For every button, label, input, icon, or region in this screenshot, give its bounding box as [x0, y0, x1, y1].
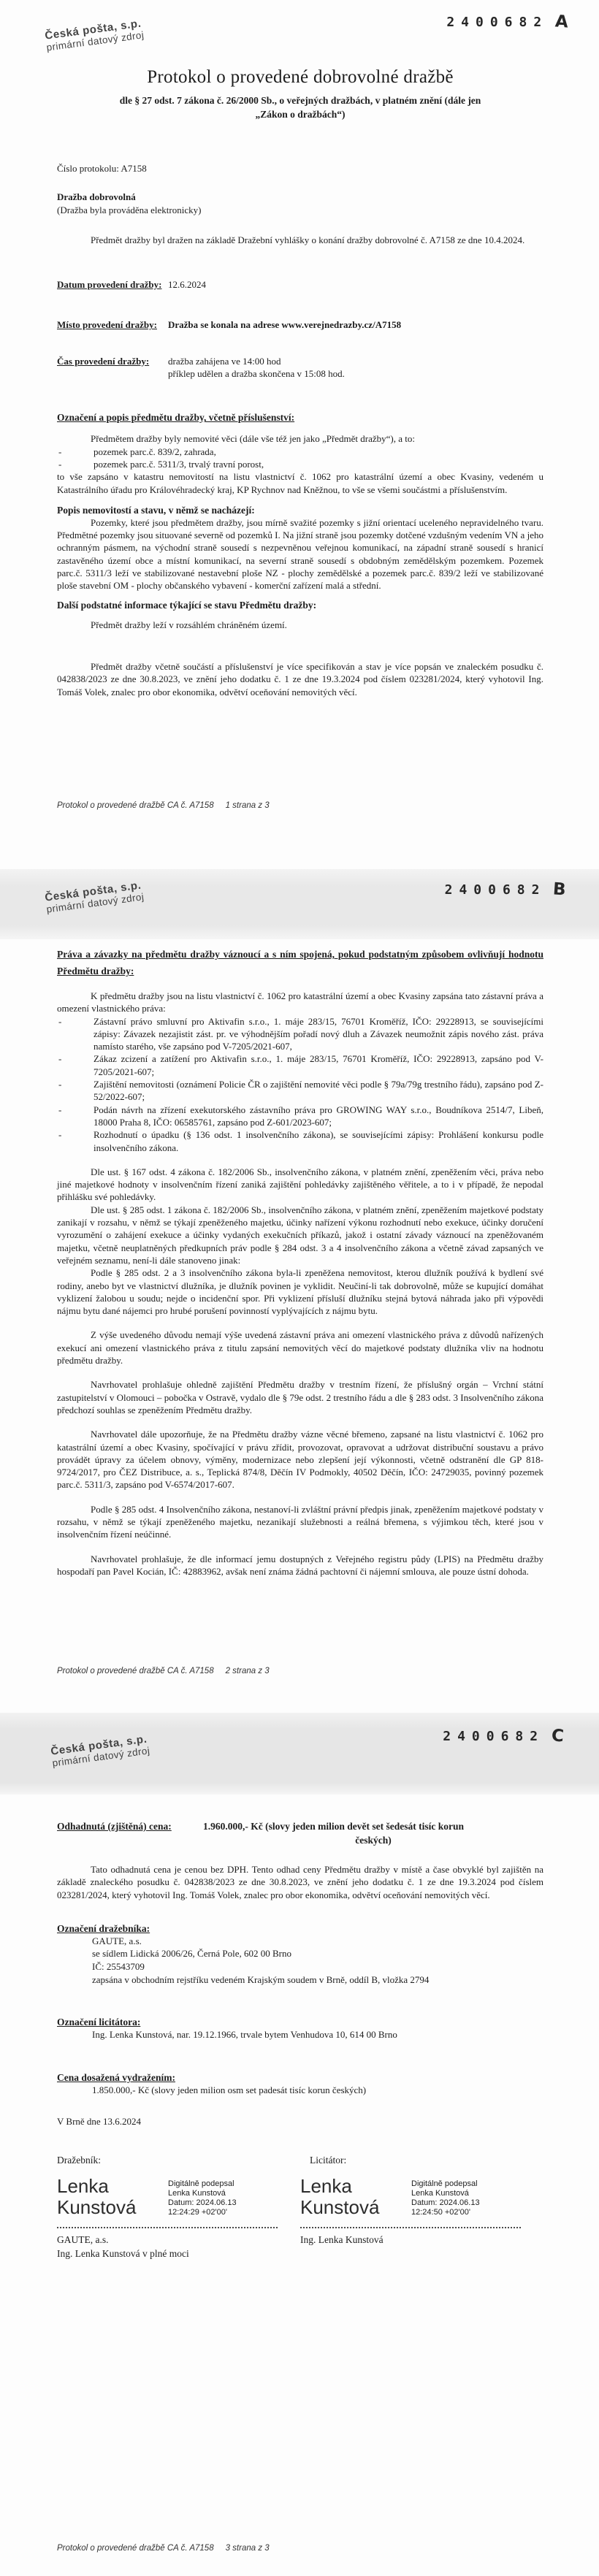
section-heading-licitator: Označení licitátora: — [57, 2017, 543, 2028]
page-2-content: Práva a závazky na předmětu dražby vázno… — [0, 869, 599, 1578]
subject-list-item: pozemek parc.č. 839/2, zahrada, — [57, 446, 543, 458]
signature-name: Lenka Kunstová — [57, 2176, 158, 2218]
paragraph: Dle ust. § 285 odst. 1 zákona č. 182/200… — [57, 1204, 543, 1266]
auction-place-row: Místo provedení dražby: Dražba se konala… — [57, 318, 543, 331]
paragraph: Z výše uvedeného důvodu nemají výše uved… — [57, 1329, 543, 1367]
licitator-info: Ing. Lenka Kunstová, nar. 19.12.1966, tr… — [92, 2028, 543, 2041]
subject-intro: Předmětem dražby byly nemovité věci (dál… — [57, 432, 543, 445]
auctioneer-address: se sídlem Lidická 2006/26, Černá Pole, 6… — [92, 1947, 543, 1960]
page-1: Česká pošta, s.p. primární datový zdroj … — [0, 0, 599, 869]
signature-dotted-line — [300, 2227, 521, 2228]
paragraph: Podle § 285 odst. 4 Insolvenčního zákona… — [57, 1503, 543, 1541]
hammer-price-value: 1.850.000,- Kč (slovy jeden milion osm s… — [92, 2084, 543, 2097]
paragraph-protected-area: Předmět dražby leží v rozsáhlém chráněné… — [57, 619, 543, 631]
estimated-price-label: Odhadnutá (zjištěná) cena: — [57, 1819, 203, 1847]
paragraph: Navrhovatel prohlašuje, že dle informací… — [57, 1553, 543, 1578]
document-number-letter-a: A — [554, 12, 569, 31]
signature-details: Digitálně podepsal Lenka Kunstová Datum:… — [168, 2176, 237, 2218]
footer-document-title: Protokol o provedené dražbě CA č. A7158 — [57, 1667, 214, 1675]
footer-page-indicator: 3 strana z 3 — [226, 2544, 270, 2553]
rights-list-item: Zajištění nemovitosti (oznámení Policie … — [57, 1078, 543, 1104]
auction-time-label: Čas provedení dražby: — [57, 355, 168, 381]
rights-list-item: Zákaz zcizení a zatížení pro Aktivafin s… — [57, 1052, 543, 1078]
auctioneer-role-label: Dražebník: — [57, 2155, 310, 2166]
postal-stamp: Česká pošta, s.p. primární datový zdroj — [44, 17, 144, 53]
signature-blocks: Lenka Kunstová Digitálně podepsal Lenka … — [57, 2176, 543, 2260]
printed-name-company: GAUTE, a.s. — [57, 2233, 300, 2247]
footer-page-1: Protokol o provedené dražbě CA č. A7158 … — [57, 801, 270, 810]
page-3-content: Odhadnutá (zjištěná) cena: 1.960.000,- K… — [0, 1713, 599, 2260]
signature-detail-line: Digitálně podepsal — [168, 2179, 237, 2189]
digital-signature: Lenka Kunstová Digitálně podepsal Lenka … — [300, 2176, 543, 2218]
footer-page-2: Protokol o provedené dražbě CA č. A7158 … — [57, 1667, 270, 1675]
auction-time-value2: příklep udělen a dražba skončena v 15:08… — [168, 367, 345, 380]
protocol-number: Číslo protokolu: A7158 — [57, 162, 543, 175]
signature-detail-line: 12:24:50 +02'00' — [411, 2208, 480, 2217]
footer-document-title: Protokol o provedené dražbě CA č. A7158 — [57, 801, 214, 810]
auction-type-block: Dražba dobrovolná (Dražba byla prováděna… — [57, 191, 543, 216]
signature-detail-line: Datum: 2024.06.13 — [411, 2198, 480, 2208]
page-2: Česká pošta, s.p. primární datový zdroj … — [0, 869, 599, 1713]
licitator-role-label: Licitátor: — [310, 2155, 346, 2166]
auction-date-value: 12.6.2024 — [168, 278, 206, 291]
auction-time-row: Čas provedení dražby: dražba zahájena ve… — [57, 355, 543, 381]
paragraph: Podle § 285 odst. 2 a 3 insolvenčního zá… — [57, 1266, 543, 1317]
auction-time-value1: dražba zahájena ve 14:00 hod — [168, 355, 345, 367]
printed-name-proxy: Ing. Lenka Kunstová v plné moci — [57, 2247, 300, 2260]
auction-type: Dražba dobrovolná — [57, 191, 543, 203]
footer-page-indicator: 1 strana z 3 — [226, 801, 270, 810]
auction-type-note: (Dražba byla prováděna elektronicky) — [57, 204, 543, 216]
page-1-content: Protokol o provedené dobrovolné dražbě d… — [0, 67, 599, 698]
rights-intro: K předmětu dražby jsou na listu vlastnic… — [57, 990, 543, 1015]
page-3: Česká pošta, s.p. primární datový zdroj … — [0, 1713, 599, 2576]
paragraph: Navrhovatel prohlašuje ohledně zajištění… — [57, 1378, 543, 1416]
rights-list-item: Zástavní právo smluvní pro Aktivafin s.r… — [57, 1015, 543, 1053]
licitator-signature-block: Lenka Kunstová Digitálně podepsal Lenka … — [300, 2176, 543, 2260]
estimated-price-value: 1.960.000,- Kč (slovy jeden milion devět… — [203, 1819, 543, 1847]
section-heading-condition: Popis nemovitostí a stavu, v němž se nac… — [57, 505, 543, 516]
signature-dotted-line — [57, 2227, 278, 2228]
paragraph-appraisal: Předmět dražby včetně součástí a přísluš… — [57, 660, 543, 698]
subject-outro: to vše zapsáno v katastru nemovitostí na… — [57, 470, 543, 496]
paragraph-auction-basis: Předmět dražby byl dražen na základě Dra… — [57, 234, 543, 246]
digital-signature: Lenka Kunstová Digitálně podepsal Lenka … — [57, 2176, 300, 2218]
auctioneer-id: IČ: 25543709 — [92, 1960, 543, 1973]
section-heading-more-info: Další podstatné informace týkající se st… — [57, 600, 543, 611]
section-heading-rights-obligations: Práva a závazky na předmětu dražby vázno… — [57, 946, 543, 979]
auctioneer-registry: zapsána v obchodním rejstříku vedeném Kr… — [92, 1973, 543, 1987]
section-heading-hammer-price: Cena dosažená vydražením: — [57, 2072, 543, 2084]
paragraph-condition: Pozemky, které jsou předmětem dražby, js… — [57, 516, 543, 592]
auctioneer-signature-block: Lenka Kunstová Digitálně podepsal Lenka … — [57, 2176, 300, 2260]
signature-detail-line: Lenka Kunstová — [168, 2189, 237, 2198]
signature-detail-line: Datum: 2024.06.13 — [168, 2198, 237, 2208]
page-subtitle-line2: „Zákon o dražbách“) — [57, 107, 543, 121]
estimated-price-value-line2: českých) — [203, 1833, 543, 1847]
subject-list-item: pozemek parc.č. 5311/3, trvalý travní po… — [57, 458, 543, 470]
footer-document-title: Protokol o provedené dražbě CA č. A7158 — [57, 2544, 214, 2553]
rights-list-item: Rozhodnutí o úpadku (§ 136 odst. 1 insol… — [57, 1128, 543, 1154]
page-title: Protokol o provedené dobrovolné dražbě — [57, 67, 543, 88]
page-subtitle-line1: dle § 27 odst. 7 zákona č. 26/2000 Sb., … — [57, 93, 543, 107]
footer-page-3: Protokol o provedené dražbě CA č. A7158 … — [57, 2544, 270, 2553]
auction-place-value: Dražba se konala na adrese www.verejnedr… — [168, 318, 401, 331]
document-number-digits: 2400682 — [446, 15, 548, 30]
paragraph: Navrhovatel dále upozorňuje, že na Předm… — [57, 1428, 543, 1491]
footer-page-indicator: 2 strana z 3 — [226, 1667, 270, 1675]
signature-detail-line: Lenka Kunstová — [411, 2189, 480, 2198]
estimated-price-row: Odhadnutá (zjištěná) cena: 1.960.000,- K… — [57, 1819, 543, 1847]
estimated-price-value-line1: 1.960.000,- Kč (slovy jeden milion devět… — [203, 1819, 543, 1833]
signature-detail-line: Digitálně podepsal — [411, 2179, 480, 2189]
page-subtitle: dle § 27 odst. 7 zákona č. 26/2000 Sb., … — [57, 93, 543, 121]
auction-time-values: dražba zahájena ve 14:00 hod příklep udě… — [168, 355, 345, 381]
auction-date-label: Datum provedení dražby: — [57, 278, 168, 291]
section-heading-auctioneer: Označení dražebníka: — [57, 1923, 543, 1935]
auctioneer-name: GAUTE, a.s. — [92, 1935, 543, 1948]
paragraph: Dle ust. § 167 odst. 4 zákona č. 182/200… — [57, 1166, 543, 1204]
auction-place-label: Místo provedení dražby: — [57, 318, 168, 331]
auction-date-row: Datum provedení dražby: 12.6.2024 — [57, 278, 543, 291]
paragraph-price-basis: Tato odhadnutá cena je cenou bez DPH. Te… — [57, 1863, 543, 1901]
rights-list-item: Podán návrh na zřízení exekutorského zás… — [57, 1104, 543, 1129]
document-number-stamp: 2400682 A — [446, 15, 568, 31]
signature-details: Digitálně podepsal Lenka Kunstová Datum:… — [411, 2176, 480, 2218]
printed-name-licitator: Ing. Lenka Kunstová — [300, 2233, 543, 2247]
dateline: V Brně dne 13.6.2024 — [57, 2115, 543, 2128]
scanned-auction-protocol-document: Česká pošta, s.p. primární datový zdroj … — [0, 0, 599, 2576]
section-heading-subject: Označení a popis předmětu dražby, včetně… — [57, 412, 543, 424]
signature-name: Lenka Kunstová — [300, 2176, 401, 2218]
signature-roles-row: Dražebník: Licitátor: — [57, 2155, 543, 2166]
signature-detail-line: 12:24:29 +02'00' — [168, 2208, 237, 2217]
